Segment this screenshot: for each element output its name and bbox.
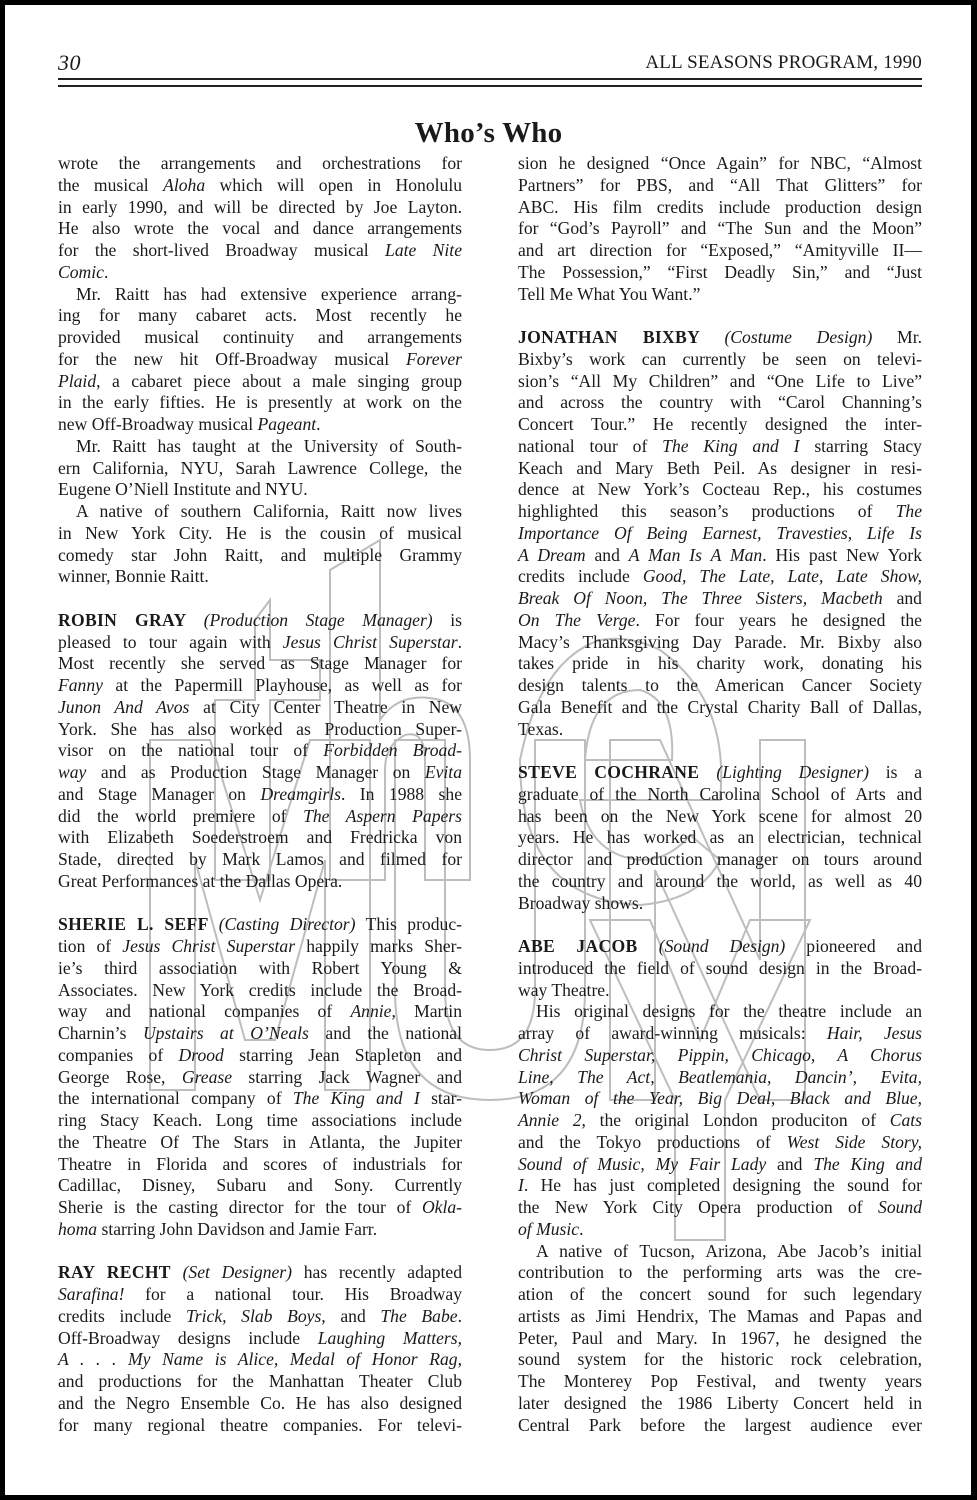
text-run: dence at New York’s Cocteau Rep., his co…	[518, 479, 922, 499]
text-run: wrote the arrangements and orchestration…	[58, 153, 462, 173]
text-line: The Monterey Pop Festival, and twenty ye…	[518, 1371, 922, 1393]
title-italic: The Aspern Papers	[303, 806, 462, 826]
title-italic: Grease	[182, 1067, 232, 1087]
text-line: way Theatre.	[518, 980, 922, 1002]
text-line: tion of Jesus Christ Superstar happily m…	[58, 936, 462, 958]
text-run: ern California, NYU, Sarah Lawrence Coll…	[58, 458, 462, 478]
text-run: companies of	[58, 1045, 179, 1065]
title-italic: Fanny	[58, 675, 103, 695]
text-line: Most recently she served as Stage Manage…	[58, 653, 462, 675]
text-line: the country and around the world, as wel…	[518, 871, 922, 893]
text-line: Peter, Paul and Mary. In 1967, he design…	[518, 1328, 922, 1350]
header-rule-bottom	[58, 85, 922, 87]
title-italic: Hair, Jesus	[827, 1023, 922, 1043]
text-run: new Off-Broadway musical	[58, 414, 258, 434]
title-italic: Good, The Late, Late, Late Show,	[643, 566, 922, 586]
text-line: homa starring John Davidson and Jamie Fa…	[58, 1219, 462, 1241]
text-line: Mr. Raitt has taught at the University o…	[58, 436, 462, 458]
text-run: Cadillac, Disney, Subaru and Sony. Curre…	[58, 1175, 462, 1195]
bio-role: (Production Stage Manager)	[204, 610, 433, 630]
text-line: The Possession,” “First Deadly Sin,” and…	[518, 262, 922, 284]
text-line: Sarafina! for a national tour. His Broad…	[58, 1284, 462, 1306]
text-run: at City Center Theatre in New	[189, 697, 462, 717]
text-line: Partners” for PBS, and “All That Glitter…	[518, 175, 922, 197]
text-run: The Monterey Pop Festival, and twenty ye…	[518, 1371, 922, 1391]
text-run: York. She has also worked as Production …	[58, 719, 462, 739]
title-italic: Okla-	[422, 1197, 462, 1217]
text-run: . He has just completed designing the so…	[524, 1175, 922, 1195]
text-line: in the early fifties. He is presently at…	[58, 392, 462, 414]
text-line: the New York City Opera production of So…	[518, 1197, 922, 1219]
text-line: introduced the field of sound design in …	[518, 958, 922, 980]
text-line: artists as Jimi Hendrix, The Mamas and P…	[518, 1306, 922, 1328]
text-line: the international company of The King an…	[58, 1088, 462, 1110]
text-run: starring Jack Wagner and	[232, 1067, 462, 1087]
text-run: has been on the New York scene for almos…	[518, 806, 922, 826]
text-line: On The Verge. For four years he designed…	[518, 610, 922, 632]
text-line: SHERIE L. SEFF (Casting Director) This p…	[58, 914, 462, 936]
text-line: Gala Benefit and the Crystal Charity Bal…	[518, 697, 922, 719]
text-run: pioneered and	[785, 936, 922, 956]
text-line: STEVE COCHRANE (Lighting Designer) is a	[518, 762, 922, 784]
paragraph-gap	[58, 588, 462, 610]
text-run: ,	[458, 1349, 462, 1369]
text-line: JONATHAN BIXBY (Costume Design) Mr.	[518, 327, 922, 349]
text-line: A native of Tucson, Arizona, Abe Jacob’s…	[518, 1241, 922, 1263]
text-line: Importance Of Being Earnest, Travesties,…	[518, 523, 922, 545]
text-run: ation of the concert sound for such lege…	[518, 1284, 922, 1304]
title-italic: Sarafina!	[58, 1284, 124, 1304]
title-italic: Sound of Music, My Fair Lady	[518, 1154, 766, 1174]
text-run: at the Papermill Playhouse, as well as f…	[103, 675, 462, 695]
text-run: Keach and Mary Beth Peil. As designer in…	[518, 458, 922, 478]
text-line: Associates. New York credits include the…	[58, 980, 462, 1002]
title-italic: of Music	[518, 1219, 579, 1239]
text-run: for many regional theatre companies. For…	[58, 1415, 462, 1435]
text-line: Texas.	[518, 719, 922, 741]
text-run: . For four years he designed the	[636, 610, 923, 630]
text-run: starring Stacy	[800, 436, 922, 456]
text-line: provided musical continuity and arrangem…	[58, 327, 462, 349]
text-line: Cadillac, Disney, Subaru and Sony. Curre…	[58, 1175, 462, 1197]
bio-role: (Casting Director)	[219, 914, 356, 934]
text-run: way and national companies of	[58, 1001, 350, 1021]
text-run: tion of	[58, 936, 122, 956]
text-run: and as Production Stage Manager on	[86, 762, 425, 782]
text-line: Macy’s Thanksgiving Day Parade. Mr. Bixb…	[518, 632, 922, 654]
text-line: ation of the concert sound for such lege…	[518, 1284, 922, 1306]
bio-role: (Lighting Designer)	[716, 762, 869, 782]
text-run: Most recently she served as Stage Manage…	[58, 653, 462, 673]
text-line: national tour of The King and I starring…	[518, 436, 922, 458]
title-italic: Annie 2	[518, 1110, 582, 1130]
text-run: later designed the 1986 Liberty Concert …	[518, 1393, 922, 1413]
text-run: .	[458, 632, 462, 652]
title-italic: Sound	[878, 1197, 922, 1217]
text-run: and	[326, 1306, 381, 1326]
title-italic: Junon And Avos	[58, 697, 189, 717]
text-run: and productions for the Manhattan Theate…	[58, 1371, 462, 1391]
text-line: Annie 2, the original London produciton …	[518, 1110, 922, 1132]
text-line: way and as Production Stage Manager on E…	[58, 762, 462, 784]
title-italic: Aloha	[163, 175, 205, 195]
text-line: visor on the national tour of Forbidden …	[58, 740, 462, 762]
text-line: for the short-lived Broadway musical Lat…	[58, 240, 462, 262]
text-run: He also wrote the vocal and dance arrang…	[58, 218, 462, 238]
text-line: Bixby’s work can currently be seen on te…	[518, 349, 922, 371]
text-line: George Rose, Grease starring Jack Wagner…	[58, 1067, 462, 1089]
text-run: credits include	[518, 566, 643, 586]
text-line: Fanny at the Papermill Playhouse, as wel…	[58, 675, 462, 697]
text-line: director and production manager on tours…	[518, 849, 922, 871]
text-line: pleased to tour again with Jesus Christ …	[58, 632, 462, 654]
text-run: and	[586, 545, 629, 565]
text-run: array of award-winning musicals:	[518, 1023, 827, 1043]
text-line: winner, Bonnie Raitt.	[58, 566, 462, 588]
title-italic: Comic	[58, 262, 104, 282]
text-run: starring John Davidson and Jamie Farr.	[97, 1219, 377, 1239]
page-title: Who’s Who	[0, 117, 977, 150]
title-italic: Pageant	[258, 414, 317, 434]
text-run: Great Performances at the Dallas Opera.	[58, 871, 342, 891]
text-run: Mr. Raitt has taught at the University o…	[76, 436, 462, 456]
text-run: and Stage Manager on	[58, 784, 260, 804]
bio-name: STEVE COCHRANE	[518, 762, 716, 782]
text-line: ing for many cabaret acts. Most recently…	[58, 305, 462, 327]
title-italic: Evita	[425, 762, 462, 782]
text-run: happily marks Sher-	[295, 936, 462, 956]
text-run: , the original London produciton of	[582, 1110, 890, 1130]
text-run: for the new hit Off-Broadway musical	[58, 349, 406, 369]
title-italic: Trick, Slab Boys,	[186, 1306, 326, 1326]
text-line: for many regional theatre companies. For…	[58, 1415, 462, 1437]
text-line: Line, The Act, Beatlemania, Dancin’, Evi…	[518, 1067, 922, 1089]
text-run: the international company of	[58, 1088, 293, 1108]
text-line: Great Performances at the Dallas Opera.	[58, 871, 462, 893]
bio-name: RAY RECHT	[58, 1262, 183, 1282]
text-line: credits include Trick, Slab Boys, and Th…	[58, 1306, 462, 1328]
text-line: Eugene O’Niell Institute and NYU.	[58, 479, 462, 501]
text-line: wrote the arrangements and orchestration…	[58, 153, 462, 175]
text-run: pleased to tour again with	[58, 632, 283, 652]
text-run: the musical	[58, 175, 163, 195]
text-run: and the Tokyo productions of	[518, 1132, 787, 1152]
text-line: A . . . My Name is Alice, Medal of Honor…	[58, 1349, 462, 1371]
text-run: . His past New York	[762, 545, 922, 565]
text-run: Stade, directed by Mark Lamos and filmed…	[58, 849, 462, 869]
text-line: Sound of Music, My Fair Lady and The Kin…	[518, 1154, 922, 1176]
text-line: for “God’s Payroll” and “The Sun and the…	[518, 218, 922, 240]
text-run: , a cabaret piece about a male singing g…	[96, 371, 462, 391]
text-line: takes pride in his charity work, donatin…	[518, 653, 922, 675]
text-run: visor on the national tour of	[58, 740, 323, 760]
text-run: Peter, Paul and Mary. In 1967, he design…	[518, 1328, 922, 1348]
text-line: sion’s “All My Children” and “One Life t…	[518, 371, 922, 393]
text-line: and the Tokyo productions of West Side S…	[518, 1132, 922, 1154]
text-line: credits include Good, The Late, Late, La…	[518, 566, 922, 588]
paragraph-gap	[518, 740, 922, 762]
text-line: comedy star John Raitt, and multiple Gra…	[58, 545, 462, 567]
title-italic: Annie,	[350, 1001, 395, 1021]
text-line: Plaid, a cabaret piece about a male sing…	[58, 371, 462, 393]
text-line: Central Park before the largest audience…	[518, 1415, 922, 1437]
paragraph-gap	[58, 893, 462, 915]
title-italic: West Side Story,	[787, 1132, 922, 1152]
text-run: for the short-lived Broadway musical	[58, 240, 385, 260]
bio-name: JONATHAN BIXBY	[518, 327, 724, 347]
text-line: ern California, NYU, Sarah Lawrence Coll…	[58, 458, 462, 480]
text-run: Associates. New York credits include the…	[58, 980, 462, 1000]
text-run: Mr. Raitt has had extensive experience a…	[76, 284, 462, 304]
text-line: and art direction for “Exposed,” “Amityv…	[518, 240, 922, 262]
text-line: Concert Tour.” He recently designed the …	[518, 414, 922, 436]
text-run: comedy star John Raitt, and multiple Gra…	[58, 545, 462, 565]
paragraph-gap	[58, 1241, 462, 1263]
header-rule-top	[58, 78, 922, 80]
text-line: graduate of the North Carolina School of…	[518, 784, 922, 806]
title-italic: The	[896, 501, 922, 521]
text-line: Comic.	[58, 262, 462, 284]
title-italic: way	[58, 762, 86, 782]
text-line: ABE JACOB (Sound Design) pioneered and	[518, 936, 922, 958]
running-head: ALL SEASONS PROGRAM, 1990	[645, 52, 922, 74]
text-line: Woman of the Year, Big Deal, Black and B…	[518, 1088, 922, 1110]
text-run: ing for many cabaret acts. Most recently…	[58, 305, 462, 325]
text-line: way and national companies of Annie, Mar…	[58, 1001, 462, 1023]
text-line: ring Stacy Keach. Long time associations…	[58, 1110, 462, 1132]
text-run: Bixby’s work can currently be seen on te…	[518, 349, 922, 369]
title-italic: Jesus Christ Superstar	[283, 632, 458, 652]
text-line: He also wrote the vocal and dance arrang…	[58, 218, 462, 240]
text-run: ie’s third association with Robert Young…	[58, 958, 462, 978]
title-italic: Dreamgirls	[260, 784, 340, 804]
text-run: and art direction for “Exposed,” “Amityv…	[518, 240, 922, 260]
text-line: did the world premiere of The Aspern Pap…	[58, 806, 462, 828]
text-line: has been on the New York scene for almos…	[518, 806, 922, 828]
text-run: Texas.	[518, 719, 563, 739]
text-run: .	[458, 1306, 462, 1326]
text-run: The Possession,” “First Deadly Sin,” and…	[518, 262, 922, 282]
text-run: contribution to the performing arts was …	[518, 1262, 922, 1282]
text-run: .	[104, 262, 108, 282]
right-column: sion he designed “Once Again” for NBC, “…	[518, 153, 922, 1436]
title-italic: A . . . My Name is Alice, Medal of Honor…	[58, 1349, 458, 1369]
text-run: sound system for the historic rock celeb…	[518, 1349, 922, 1369]
bio-role: (Sound Design)	[659, 936, 786, 956]
text-line: Stade, directed by Mark Lamos and filmed…	[58, 849, 462, 871]
text-run: artists as Jimi Hendrix, The Mamas and P…	[518, 1306, 922, 1326]
left-column: wrote the arrangements and orchestration…	[58, 153, 462, 1436]
title-italic: A Dream	[518, 545, 586, 565]
text-line: in early 1990, and will be directed by J…	[58, 197, 462, 219]
bio-name: ABE JACOB	[518, 936, 659, 956]
text-run: credits include	[58, 1306, 186, 1326]
text-run: .	[316, 414, 320, 434]
title-italic: Christ Superstar, Pippin, Chicago, A Cho…	[518, 1045, 922, 1065]
text-line: ROBIN GRAY (Production Stage Manager) is	[58, 610, 462, 632]
text-line: years. He has worked as an electrician, …	[518, 827, 922, 849]
text-run: and	[766, 1154, 813, 1174]
title-italic: A Man Is A Man	[629, 545, 762, 565]
text-line: Sherie is the casting director for the t…	[58, 1197, 462, 1219]
title-italic: Jesus Christ Superstar	[122, 936, 295, 956]
text-line: Break Of Noon, The Three Sisters, Macbet…	[518, 588, 922, 610]
text-line: and the Negro Ensemble Co. He has also d…	[58, 1393, 462, 1415]
text-run: Concert Tour.” He recently designed the …	[518, 414, 922, 434]
text-line: for the new hit Off-Broadway musical For…	[58, 349, 462, 371]
text-run: is	[433, 610, 462, 630]
text-run: in early 1990, and will be directed by J…	[58, 197, 462, 217]
text-run: the New York City Opera production of	[518, 1197, 878, 1217]
text-line: with Elizabeth Soederstroem and Fredrick…	[58, 827, 462, 849]
text-run: . In 1988 she	[341, 784, 462, 804]
text-line: York. She has also worked as Production …	[58, 719, 462, 741]
text-run: This produc-	[356, 914, 462, 934]
text-line: Mr. Raitt has had extensive experience a…	[58, 284, 462, 306]
text-run: Gala Benefit and the Crystal Charity Bal…	[518, 697, 922, 717]
text-run: design talents to the American Cancer So…	[518, 675, 922, 695]
text-run: starring Jean Stapleton and	[224, 1045, 462, 1065]
text-line: Junon And Avos at City Center Theatre in…	[58, 697, 462, 719]
text-run: and the Negro Ensemble Co. He has also d…	[58, 1393, 462, 1413]
text-line: design talents to the American Cancer So…	[518, 675, 922, 697]
page-header: 30 ALL SEASONS PROGRAM, 1990	[58, 44, 922, 74]
text-line: and Stage Manager on Dreamgirls. In 1988…	[58, 784, 462, 806]
text-run: for “God’s Payroll” and “The Sun and the…	[518, 218, 922, 238]
text-run: Martin	[396, 1001, 462, 1021]
text-run: winner, Bonnie Raitt.	[58, 566, 209, 586]
text-line: sound system for the historic rock celeb…	[518, 1349, 922, 1371]
text-run: ABC. His film credits include production…	[518, 197, 922, 217]
text-line: new Off-Broadway musical Pageant.	[58, 414, 462, 436]
title-italic: Break Of Noon, The Three Sisters, Macbet…	[518, 588, 883, 608]
text-line: the musical Aloha which will open in Hon…	[58, 175, 462, 197]
page-number: 30	[58, 50, 81, 76]
text-run: highlighted this season’s productions of	[518, 501, 896, 521]
title-italic: Forbidden Broad-	[323, 740, 462, 760]
text-run: Sherie is the casting director for the t…	[58, 1197, 422, 1217]
text-run: .	[579, 1219, 583, 1239]
text-line: and productions for the Manhattan Theate…	[58, 1371, 462, 1393]
text-line: dence at New York’s Cocteau Rep., his co…	[518, 479, 922, 501]
text-line: of Music.	[518, 1219, 922, 1241]
text-run: Off-Broadway designs include	[58, 1328, 318, 1348]
text-run: in New York City. He is the cousin of mu…	[58, 523, 462, 543]
text-run: sion’s “All My Children” and “One Life t…	[518, 371, 922, 391]
title-italic: Upstairs at O’Neals	[143, 1023, 309, 1043]
title-italic: Line, The Act, Beatlemania, Dancin’, Evi…	[518, 1067, 922, 1087]
text-run: Eugene O’Niell Institute and NYU.	[58, 479, 308, 499]
title-italic: On The Verge	[518, 610, 636, 630]
title-italic: Cats	[890, 1110, 922, 1130]
text-line: RAY RECHT (Set Designer) has recently ad…	[58, 1262, 462, 1284]
text-run: provided musical continuity and arrangem…	[58, 327, 462, 347]
text-run: His original designs for the theatre inc…	[536, 1001, 922, 1021]
text-run: the Theatre Of The Stars in Atlanta, the…	[58, 1132, 462, 1152]
title-italic: Late Nite	[385, 240, 462, 260]
bio-role: (Set Designer)	[183, 1262, 292, 1282]
title-italic: Laughing Matters,	[318, 1328, 462, 1348]
text-run: introduced the field of sound design in …	[518, 958, 922, 978]
text-run: did the world premiere of	[58, 806, 303, 826]
text-line: I. He has just completed designing the s…	[518, 1175, 922, 1197]
text-run: and	[883, 588, 922, 608]
text-run: years. He has worked as an electrician, …	[518, 827, 922, 847]
text-run: Mr.	[872, 327, 922, 347]
text-line: contribution to the performing arts was …	[518, 1262, 922, 1284]
text-run: Theatre in Florida and scores of industr…	[58, 1154, 462, 1174]
title-italic: Forever	[406, 349, 462, 369]
text-run: A native of Tucson, Arizona, Abe Jacob’s…	[536, 1241, 922, 1261]
text-run: Macy’s Thanksgiving Day Parade. Mr. Bixb…	[518, 632, 922, 652]
text-line: His original designs for the theatre inc…	[518, 1001, 922, 1023]
text-run: for a national tour. His Broadway	[124, 1284, 462, 1304]
text-run: and across the country with “Carol Chann…	[518, 392, 922, 412]
text-line: array of award-winning musicals: Hair, J…	[518, 1023, 922, 1045]
text-line: in New York City. He is the cousin of mu…	[58, 523, 462, 545]
text-line: Christ Superstar, Pippin, Chicago, A Cho…	[518, 1045, 922, 1067]
text-line: Keach and Mary Beth Peil. As designer in…	[518, 458, 922, 480]
text-run: with Elizabeth Soederstroem and Fredrick…	[58, 827, 462, 847]
text-line: later designed the 1986 Liberty Concert …	[518, 1393, 922, 1415]
text-run: star-	[420, 1088, 462, 1108]
text-run: in the early fifties. He is presently at…	[58, 392, 462, 412]
text-run: ring Stacy Keach. Long time associations…	[58, 1110, 462, 1130]
text-run: and the national	[309, 1023, 462, 1043]
text-line: Charnin’s Upstairs at O’Neals and the na…	[58, 1023, 462, 1045]
title-italic: Plaid	[58, 371, 96, 391]
text-line: sion he designed “Once Again” for NBC, “…	[518, 153, 922, 175]
title-italic: The King and I	[662, 436, 799, 456]
text-run: Tell Me What You Want.”	[518, 284, 700, 304]
text-line: A native of southern California, Raitt n…	[58, 501, 462, 523]
title-italic: homa	[58, 1219, 97, 1239]
text-run: takes pride in his charity work, donatin…	[518, 653, 922, 673]
bio-name: ROBIN GRAY	[58, 610, 204, 630]
text-run: graduate of the North Carolina School of…	[518, 784, 922, 804]
text-line: companies of Drood starring Jean Staplet…	[58, 1045, 462, 1067]
text-run: Charnin’s	[58, 1023, 143, 1043]
text-run: has recently adapted	[292, 1262, 462, 1282]
text-run: A native of southern California, Raitt n…	[76, 501, 462, 521]
text-line: ie’s third association with Robert Young…	[58, 958, 462, 980]
text-run: which will open in Honolulu	[205, 175, 462, 195]
title-italic: Woman of the Year, Big Deal, Black and B…	[518, 1088, 922, 1108]
text-line: ABC. His film credits include production…	[518, 197, 922, 219]
paragraph-gap	[518, 305, 922, 327]
text-run: sion he designed “Once Again” for NBC, “…	[518, 153, 922, 173]
title-italic: The King and I	[293, 1088, 420, 1108]
text-line: Broadway shows.	[518, 893, 922, 915]
text-line: Tell Me What You Want.”	[518, 284, 922, 306]
text-line: A Dream and A Man Is A Man. His past New…	[518, 545, 922, 567]
paragraph-gap	[518, 914, 922, 936]
text-run: way Theatre.	[518, 980, 610, 1000]
title-italic: Drood	[179, 1045, 224, 1065]
text-run: Broadway shows.	[518, 893, 643, 913]
text-run: Partners” for PBS, and “All That Glitter…	[518, 175, 922, 195]
bio-name: SHERIE L. SEFF	[58, 914, 219, 934]
title-italic: The Babe	[380, 1306, 457, 1326]
text-line: and across the country with “Carol Chann…	[518, 392, 922, 414]
text-line: Theatre in Florida and scores of industr…	[58, 1154, 462, 1176]
text-run: national tour of	[518, 436, 662, 456]
text-run: is a	[869, 762, 922, 782]
title-italic: The King and	[813, 1154, 922, 1174]
text-run: director and production manager on tours…	[518, 849, 922, 869]
text-line: the Theatre Of The Stars in Atlanta, the…	[58, 1132, 462, 1154]
text-run: Central Park before the largest audience…	[518, 1415, 922, 1435]
